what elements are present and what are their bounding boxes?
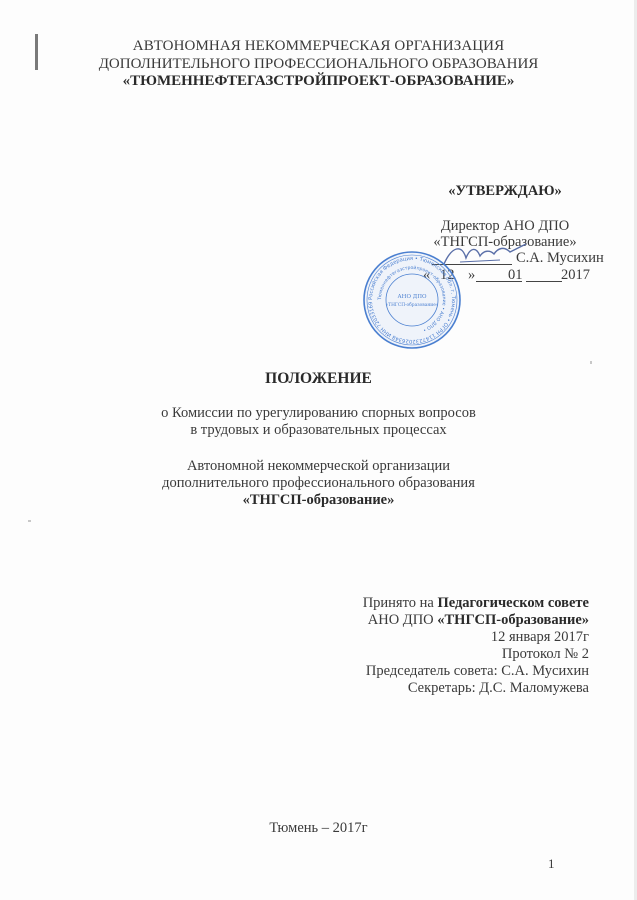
stamp-center-text-1: АНО ДПО	[398, 294, 427, 300]
acceptance-prefix-2: АНО ДПО	[368, 612, 438, 628]
document-subtitle-2: в трудовых и образовательных процессах	[0, 422, 637, 439]
document-subtitle-1: о Комиссии по урегулированию спорных воп…	[0, 405, 637, 422]
acceptance-secretary: Секретарь: Д.С. Маломужева	[408, 680, 589, 697]
scan-dust	[590, 361, 592, 364]
approval-month: 01	[508, 267, 523, 284]
approval-year: 2017	[561, 267, 590, 284]
city-year: Тюмень – 2017г	[0, 820, 637, 837]
date-underline	[526, 281, 562, 282]
acceptance-date: 12 января 2017г	[491, 629, 589, 646]
approval-title: «УТВЕРЖДАЮ»	[420, 183, 590, 200]
official-stamp: Российская Федерация • Тюменская обл. г.…	[362, 250, 462, 350]
acceptance-line-1: Принято на Педагогическом совете	[363, 595, 589, 612]
stamp-icon: Российская Федерация • Тюменская обл. г.…	[362, 250, 462, 350]
header-line-3: «ТЮМЕННЕФТЕГАЗСТРОЙПРОЕКТ-ОБРАЗОВАНИЕ»	[0, 73, 637, 90]
document-title: ПОЛОЖЕНИЕ	[0, 370, 637, 387]
date-close-quote: »	[468, 267, 475, 284]
document-org-1: Автономной некоммерческой организации	[0, 458, 637, 475]
acceptance-org: «ТНГСП-образование»	[437, 612, 589, 628]
acceptance-protocol: Протокол № 2	[502, 646, 589, 663]
document-page: АВТОНОМНАЯ НЕКОММЕРЧЕСКАЯ ОРГАНИЗАЦИЯ ДО…	[0, 0, 637, 900]
header-line-1: АВТОНОМНАЯ НЕКОММЕРЧЕСКАЯ ОРГАНИЗАЦИЯ	[0, 38, 637, 55]
acceptance-prefix-1: Принято на	[363, 595, 438, 611]
document-org-3: «ТНГСП-образование»	[0, 492, 637, 509]
scan-dust	[28, 520, 31, 522]
page-number: 1	[548, 855, 555, 872]
header-line-2: ДОПОЛНИТЕЛЬНОГО ПРОФЕССИОНАЛЬНОГО ОБРАЗО…	[0, 56, 637, 73]
acceptance-council: Педагогическом совете	[437, 595, 589, 611]
acceptance-chairman: Председатель совета: С.А. Мусихин	[366, 663, 589, 680]
approval-role: Директор АНО ДПО	[410, 218, 600, 235]
stamp-center-text-2: «ТНГСП-образование»	[385, 303, 438, 308]
document-org-2: дополнительного профессионального образо…	[0, 475, 637, 492]
acceptance-line-2: АНО ДПО «ТНГСП-образование»	[368, 612, 589, 629]
